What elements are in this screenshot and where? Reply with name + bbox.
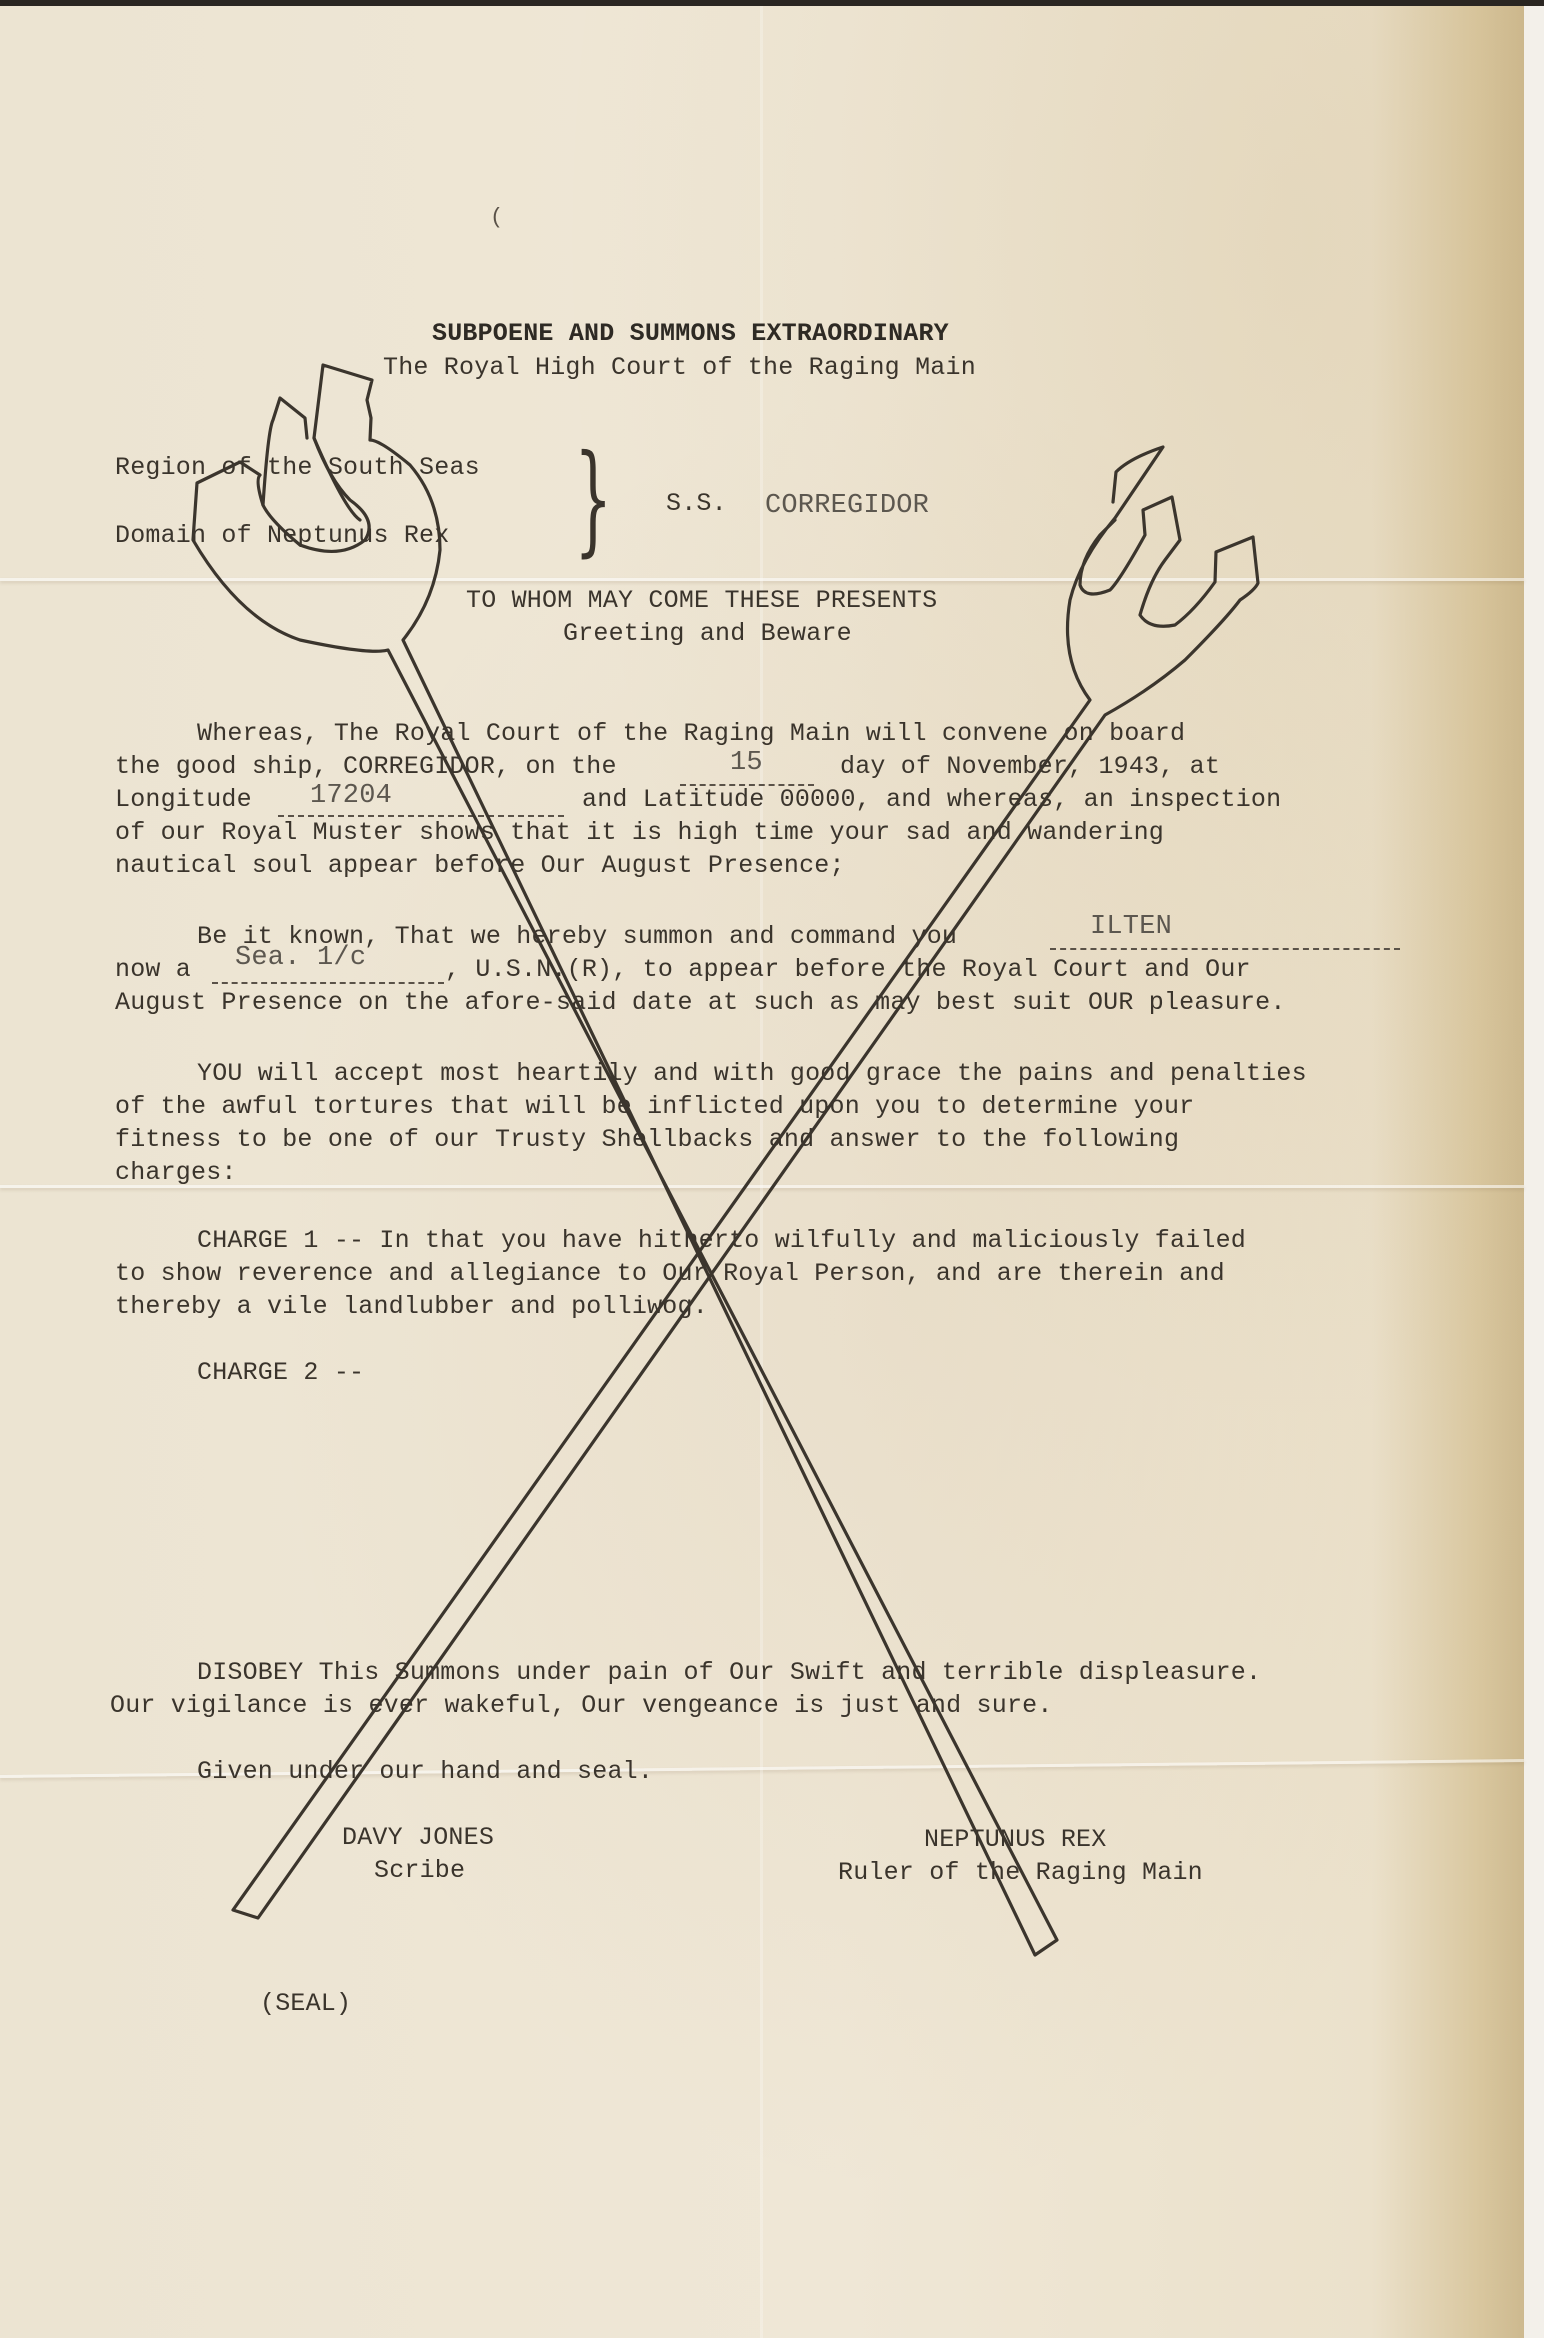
left-trident-icon xyxy=(193,365,1057,1955)
crossed-tridents-illustration xyxy=(0,0,1544,2338)
right-trident-icon xyxy=(233,447,1258,1918)
